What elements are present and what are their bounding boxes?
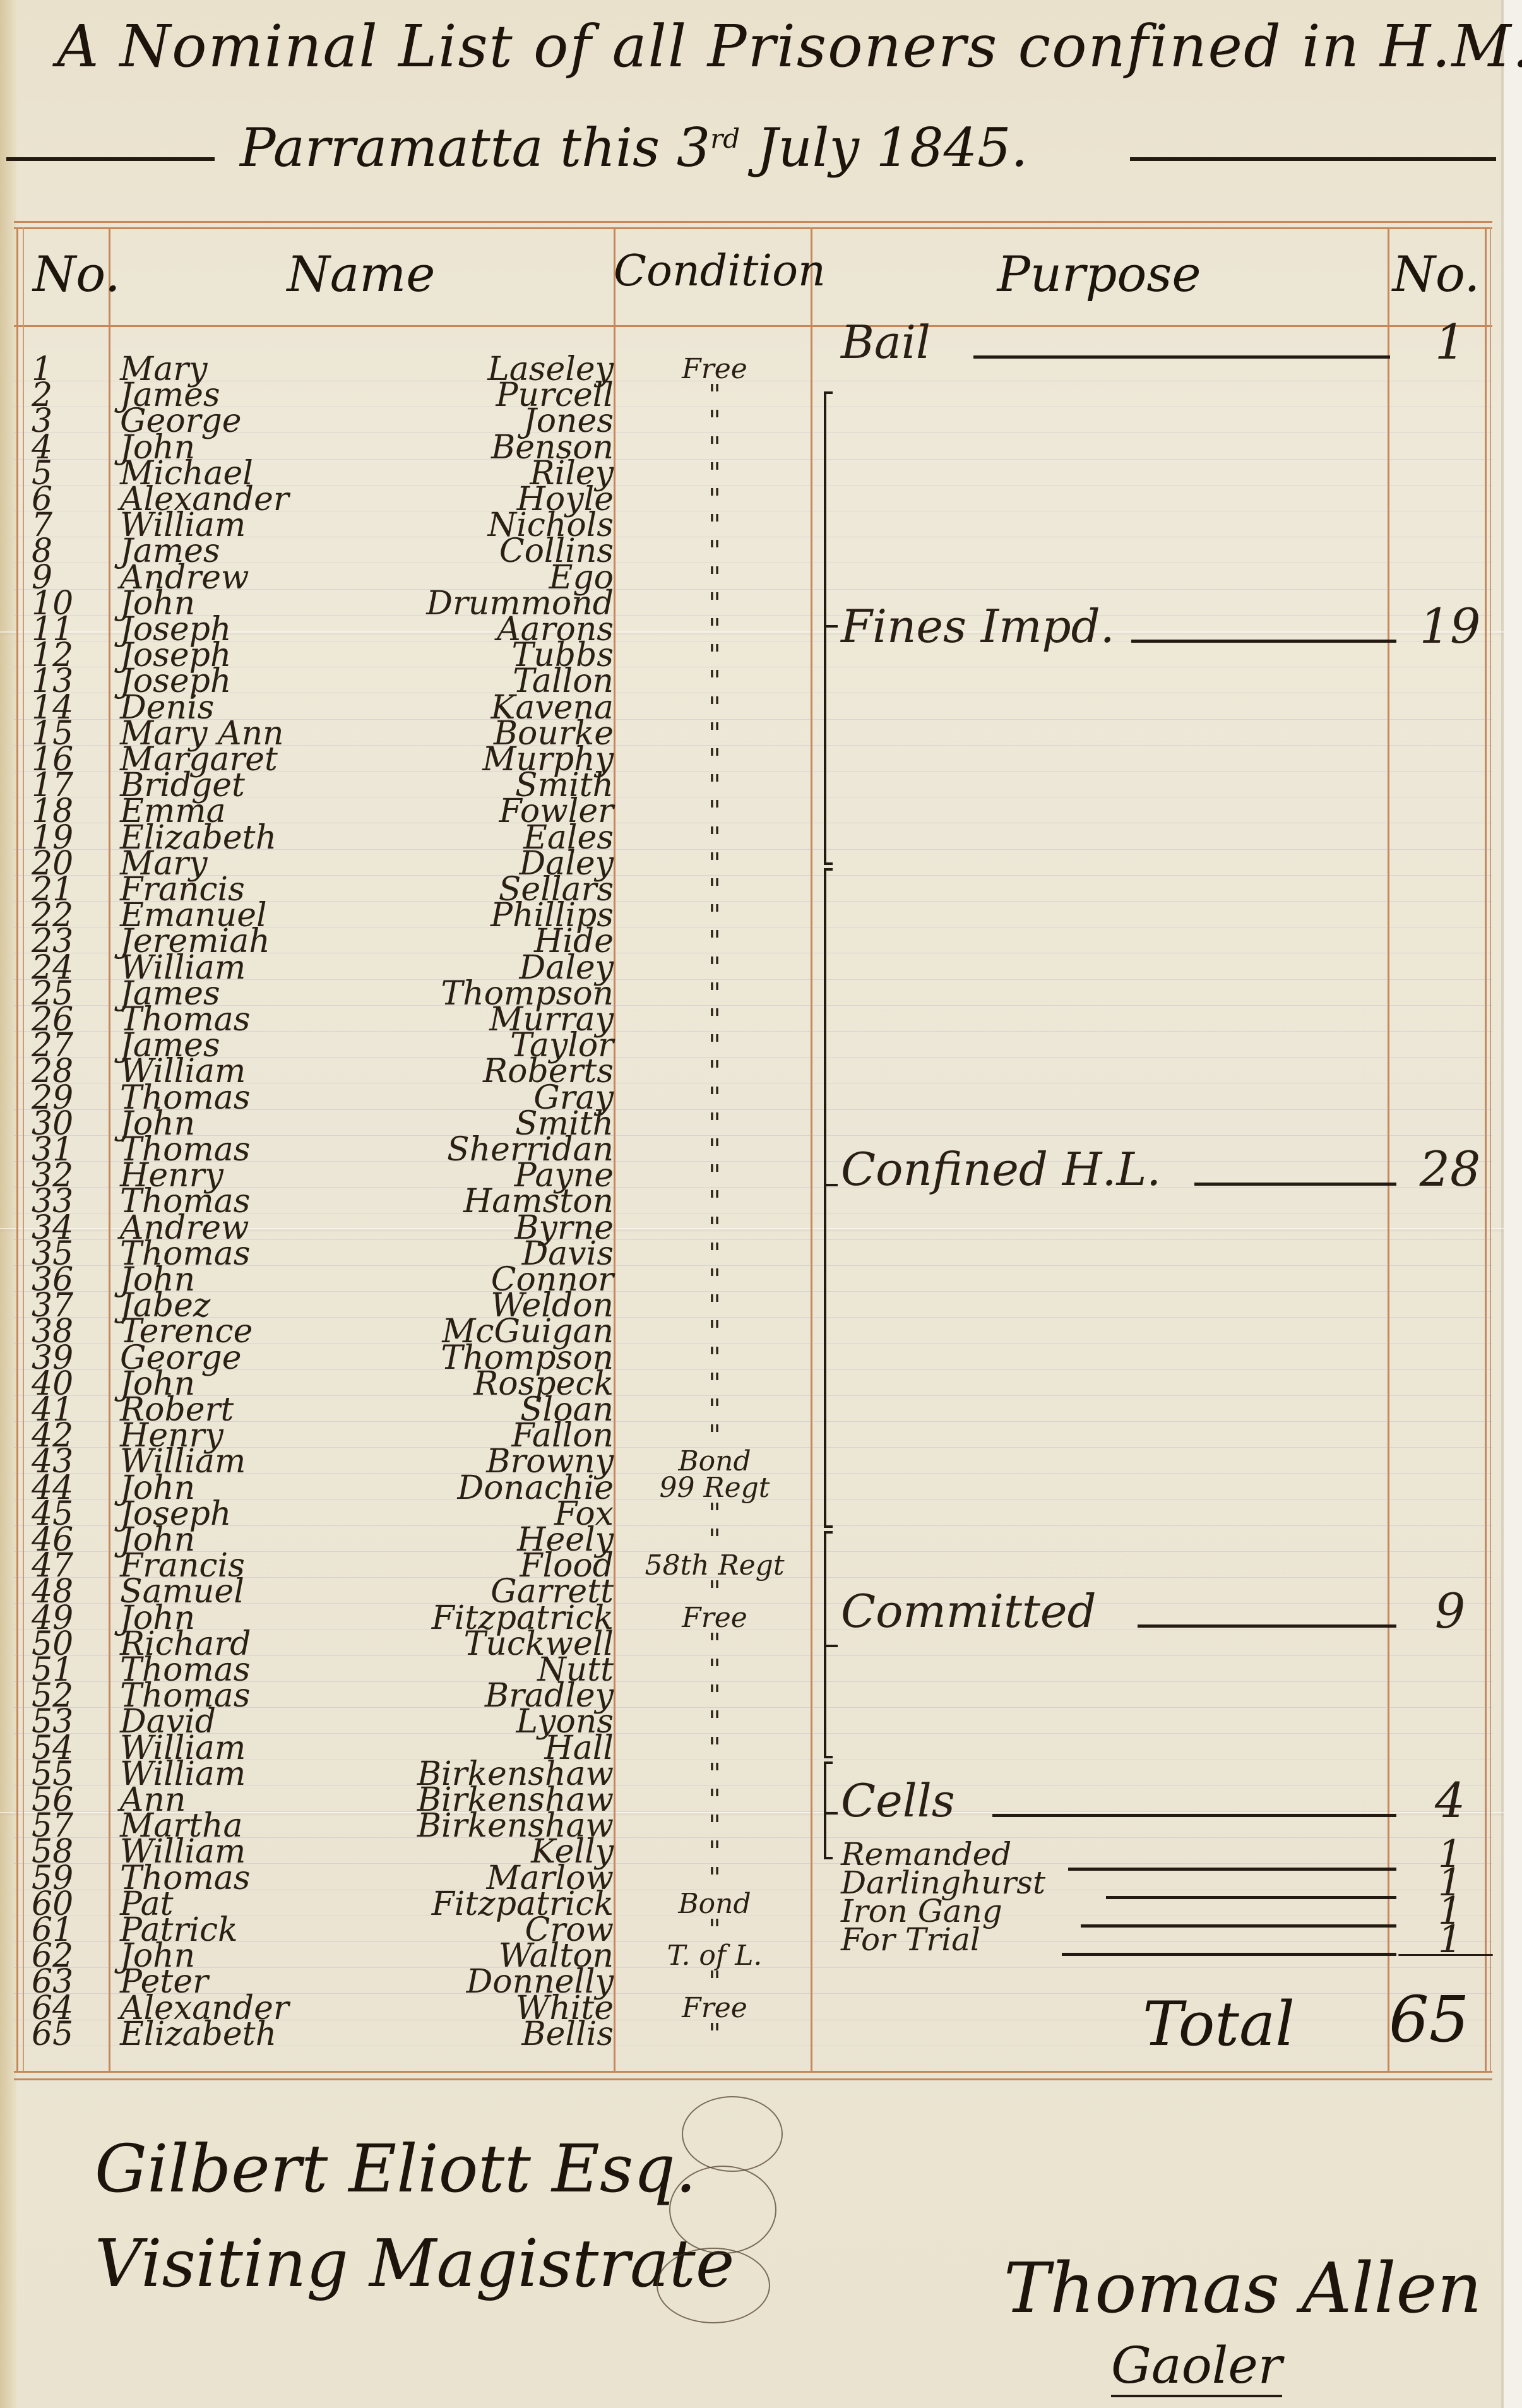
condition: "	[620, 1059, 809, 1084]
group-bracket	[824, 1531, 835, 1758]
condition: "	[620, 435, 809, 460]
leader-line	[1194, 1183, 1396, 1186]
condition: "	[620, 1267, 809, 1292]
condition: "	[620, 799, 809, 824]
condition: "	[620, 1709, 809, 1734]
condition: Bond	[620, 1449, 809, 1474]
signature-flourish	[682, 2096, 783, 2172]
condition: 99 Regt	[620, 1475, 809, 1501]
table-rule	[14, 221, 1492, 223]
signature-flourish	[657, 2248, 770, 2323]
purpose-label: Cells	[841, 1775, 955, 1826]
condition: "	[620, 565, 809, 590]
condition: "	[620, 591, 809, 616]
group-bracket	[824, 1761, 835, 1859]
condition: "	[620, 955, 809, 980]
header-count: No.	[1388, 246, 1485, 303]
condition: "	[620, 1215, 809, 1241]
condition: "	[620, 1631, 809, 1657]
condition: "	[620, 1813, 809, 1839]
condition: "	[620, 1787, 809, 1813]
condition: Free	[620, 357, 809, 382]
group-bracket	[824, 391, 835, 865]
purpose-count: 9	[1412, 1586, 1488, 1636]
condition: "	[620, 487, 809, 512]
total-rule	[1398, 1954, 1493, 1956]
condition: 58th Regt	[620, 1553, 809, 1578]
purpose-label: Bail	[841, 317, 930, 367]
subtitle-place: Parramatta this	[240, 117, 660, 179]
document-subtitle: Parramatta this 3rd July 1845.	[0, 117, 1504, 180]
condition: "	[620, 1189, 809, 1214]
table-rule	[14, 2071, 1492, 2073]
subtitle-day: 3	[677, 117, 710, 179]
condition: "	[620, 1917, 809, 1943]
condition: "	[620, 1839, 809, 1864]
document-title: A Nominal List of all Prisoners confined…	[57, 13, 1471, 80]
condition: "	[620, 1657, 809, 1683]
leader-line	[1062, 1953, 1396, 1956]
condition: "	[620, 851, 809, 876]
purpose-entry: Bail 1	[841, 322, 1510, 373]
condition: "	[620, 539, 809, 564]
leader-line	[973, 355, 1390, 359]
condition: "	[620, 669, 809, 694]
header-condition: Condition	[614, 246, 811, 296]
purpose-label: For Trial	[841, 1914, 980, 1965]
purpose-label: Fines Impd.	[841, 601, 1115, 652]
purpose-entry: Fines Impd. 19	[841, 606, 1510, 657]
condition: "	[620, 1501, 809, 1527]
condition: "	[620, 1866, 809, 1891]
condition: "	[620, 1736, 809, 1761]
condition: "	[620, 1969, 809, 1994]
flourish-rule	[1130, 157, 1496, 161]
condition: "	[620, 1241, 809, 1267]
condition: "	[620, 929, 809, 954]
condition: "	[620, 461, 809, 486]
condition: "	[620, 1371, 809, 1397]
magistrate-name: Gilbert Eliott Esq.	[95, 2121, 734, 2216]
purpose-count: 19	[1412, 601, 1488, 652]
condition: "	[620, 1579, 809, 1604]
total-label: Total	[1143, 1989, 1295, 2059]
flourish-rule	[6, 157, 215, 161]
condition: "	[620, 1033, 809, 1058]
condition: T. of L.	[620, 1943, 809, 1969]
purpose-entry: Cells 4	[841, 1780, 1510, 1831]
condition: "	[620, 981, 809, 1006]
magistrate-signature: Gilbert Eliott Esq. Visiting Magistrate	[95, 2121, 734, 2311]
total-value: 65	[1389, 1982, 1469, 2056]
purpose-count: 1	[1412, 317, 1488, 367]
condition: "	[620, 383, 809, 408]
leader-line	[1138, 1624, 1396, 1628]
gaoler-title: Gaoler	[1111, 2336, 1282, 2397]
condition: "	[620, 903, 809, 928]
purpose-count: 1	[1412, 1914, 1488, 1965]
condition: "	[620, 617, 809, 642]
condition: "	[620, 1085, 809, 1111]
condition: "	[620, 1319, 809, 1344]
condition: "	[620, 408, 809, 434]
header-no: No.	[33, 246, 109, 303]
condition: "	[620, 1761, 809, 1787]
subtitle-date: July 1845.	[757, 117, 1028, 179]
condition: "	[620, 1137, 809, 1162]
purpose-entry: Committed 9	[841, 1591, 1510, 1642]
purpose-count: 28	[1412, 1144, 1488, 1195]
purpose-entry: For Trial 1	[841, 1919, 1510, 1970]
condition: "	[620, 825, 809, 850]
purpose-label: Confined H.L.	[841, 1144, 1161, 1195]
condition: "	[620, 877, 809, 902]
condition: "	[620, 1293, 809, 1318]
condition: "	[620, 747, 809, 772]
purpose-label: Committed	[841, 1586, 1097, 1636]
header-purpose: Purpose	[811, 246, 1388, 303]
table-rule	[14, 227, 1492, 229]
condition: "	[620, 1111, 809, 1136]
purpose-count: 4	[1412, 1775, 1488, 1826]
condition: "	[620, 1007, 809, 1032]
table-rule	[14, 2078, 1492, 2080]
condition: "	[620, 643, 809, 668]
magistrate-title: Visiting Magistrate	[95, 2216, 734, 2311]
group-bracket	[824, 868, 835, 1528]
condition: "	[620, 1527, 809, 1553]
condition: Free	[620, 1606, 809, 1631]
condition: "	[620, 721, 809, 746]
condition: Bond	[620, 1892, 809, 1917]
header-name: Name	[109, 246, 614, 303]
condition: "	[620, 773, 809, 798]
document-page: A Nominal List of all Prisoners confined…	[0, 0, 1504, 2408]
signature-flourish	[669, 2166, 776, 2254]
condition: "	[620, 1163, 809, 1188]
prisoner-table: No. Name Condition Purpose No. 1MaryLase…	[14, 221, 1492, 2083]
leader-line	[992, 1814, 1396, 1817]
condition: Free	[620, 1996, 809, 2021]
condition: "	[620, 1345, 809, 1371]
surname: Bellis	[367, 2022, 614, 2047]
table-row: 65ElizabethBellis"	[14, 2022, 835, 2047]
row-number: 65	[32, 2022, 107, 2047]
condition: "	[620, 1423, 809, 1448]
condition: "	[620, 695, 809, 720]
condition: "	[620, 1683, 809, 1708]
leader-line	[1131, 640, 1396, 643]
condition: "	[620, 513, 809, 538]
condition: "	[620, 1397, 809, 1422]
condition: "	[620, 2022, 809, 2047]
subtitle-day-suffix: rd	[710, 123, 740, 154]
first-name: Elizabeth	[120, 2022, 398, 2047]
purpose-entry: Confined H.L. 28	[841, 1149, 1510, 1200]
gaoler-name: Thomas Allen	[1004, 2248, 1482, 2328]
